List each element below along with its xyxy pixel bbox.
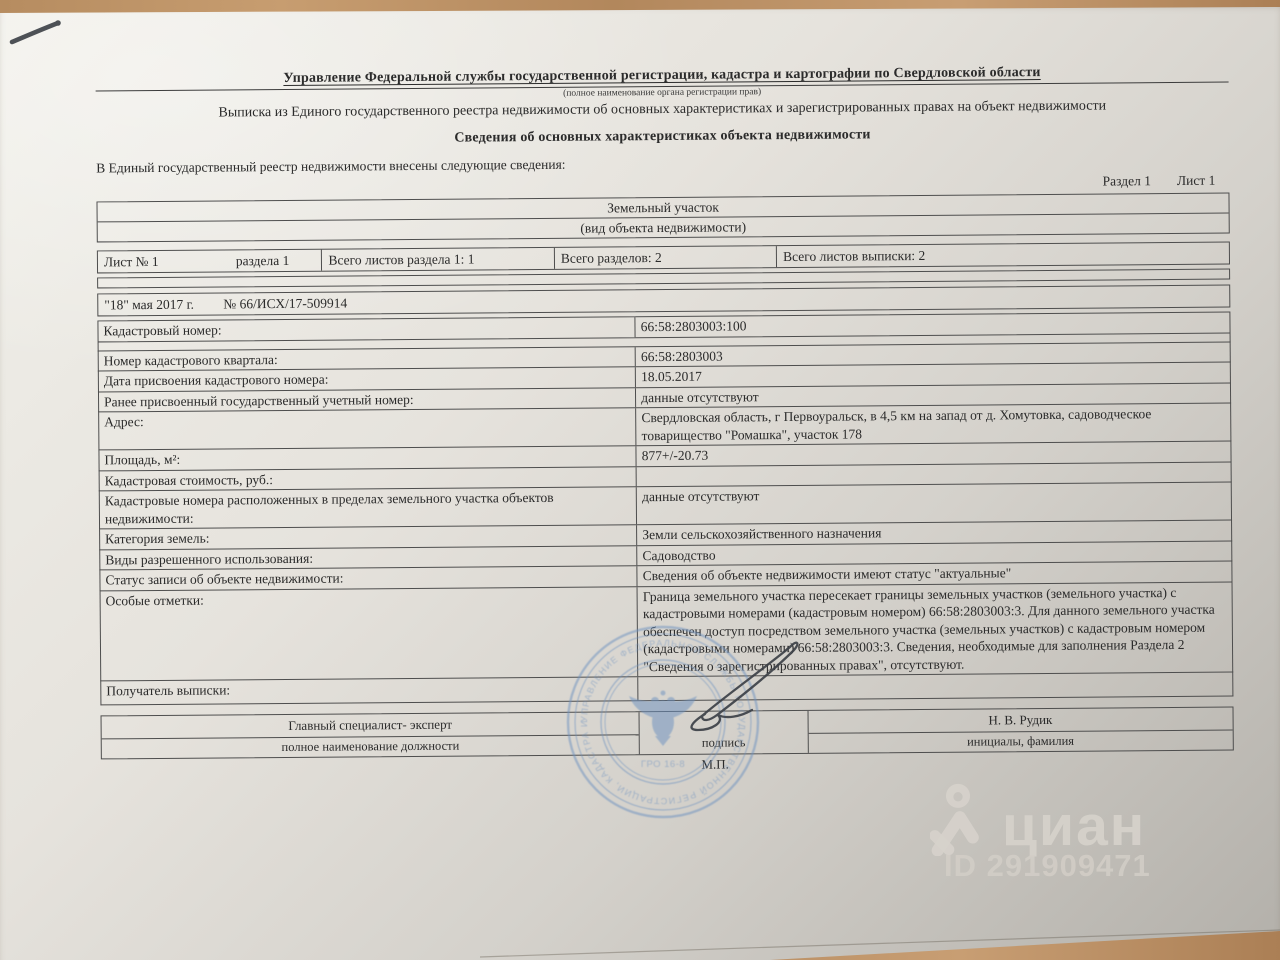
row-value: данные отсутствуют — [637, 483, 1231, 525]
signature-block: Главный специалист- эксперт полное наиме… — [101, 707, 1234, 760]
signature-name-column: Н. В. Рудик инициалы, фамилия — [808, 708, 1233, 753]
issue-date: "18" мая 2017 г. — [104, 297, 194, 313]
sheet-info-cell: Всего листов выписки: 2 — [777, 243, 1229, 268]
issue-number: № 66/ИСХ/17-509914 — [223, 295, 347, 311]
section-label: Раздел 1 — [1103, 173, 1151, 188]
cian-watermark: циан ID 291909471 — [930, 784, 1151, 884]
row-value: Свердловская область, г Первоуральск, в … — [636, 404, 1230, 446]
sheet-info-cell: Всего разделов: 2 — [555, 246, 777, 269]
sheet-label: Лист 1 — [1177, 173, 1216, 188]
sheet-number: Лист № 1 — [104, 252, 210, 272]
signature-space — [640, 711, 808, 734]
signature-table: Главный специалист- эксперт полное наиме… — [101, 707, 1234, 760]
cian-pin-person-icon — [930, 782, 986, 856]
name-caption: инициалы, фамилия — [808, 730, 1233, 753]
listing-id: ID 291909471 — [930, 848, 1151, 884]
row-value: Граница земельного участка пересекает гр… — [638, 582, 1232, 676]
table-row: Особые отметки:Граница земельного участк… — [100, 582, 1234, 681]
cian-brand-text: циан — [1002, 796, 1146, 856]
sheet-info-row: Лист № 1 раздела 1 Всего листов раздела … — [97, 242, 1230, 274]
position-caption: полное наименование должности — [102, 734, 639, 758]
main-table: Кадастровый номер:66:58:2803003:100Номер… — [97, 312, 1233, 706]
doc-type-line: Выписка из Единого государственного реес… — [96, 98, 1229, 123]
document-content: Управление Федеральной службы государств… — [95, 6, 1234, 760]
signature-sign-column: подпись — [640, 711, 809, 754]
stamp-code: ГРО 16-8 — [641, 759, 685, 770]
row-label: Получатель выписки: — [101, 677, 638, 704]
row-value — [638, 673, 1232, 701]
cian-logo-row: циан — [930, 784, 1151, 856]
row-label: Кадастровые номера расположенных в преде… — [100, 487, 637, 528]
section-number: раздела 1 — [210, 251, 316, 271]
row-label: Особые отметки: — [101, 587, 639, 681]
issue-date-row: "18" мая 2017 г. № 66/ИСХ/17-509914 — [97, 285, 1230, 317]
document-page: Управление Федеральной службы государств… — [0, 0, 1280, 960]
sheet-info-cell: Лист № 1 раздела 1 — [98, 250, 323, 273]
sheet-info-cell: Всего листов раздела 1: 1 — [322, 248, 555, 271]
photo-of-document: { "header": { "org_name": "Управление Фе… — [0, 0, 1280, 960]
signature-position-column: Главный специалист- эксперт полное наиме… — [102, 712, 641, 758]
intro-line: В Единый государственный реестр недвижим… — [96, 152, 1229, 177]
row-label: Адрес: — [99, 408, 636, 449]
doc-title: Сведения об основных характеристиках объ… — [96, 125, 1229, 150]
sign-caption: подпись — [640, 733, 808, 753]
object-type-box: Земельный участок (вид объекта недвижимо… — [96, 193, 1229, 243]
pen-mark — [8, 14, 70, 48]
seal-place-caption: М.П. — [701, 756, 729, 772]
